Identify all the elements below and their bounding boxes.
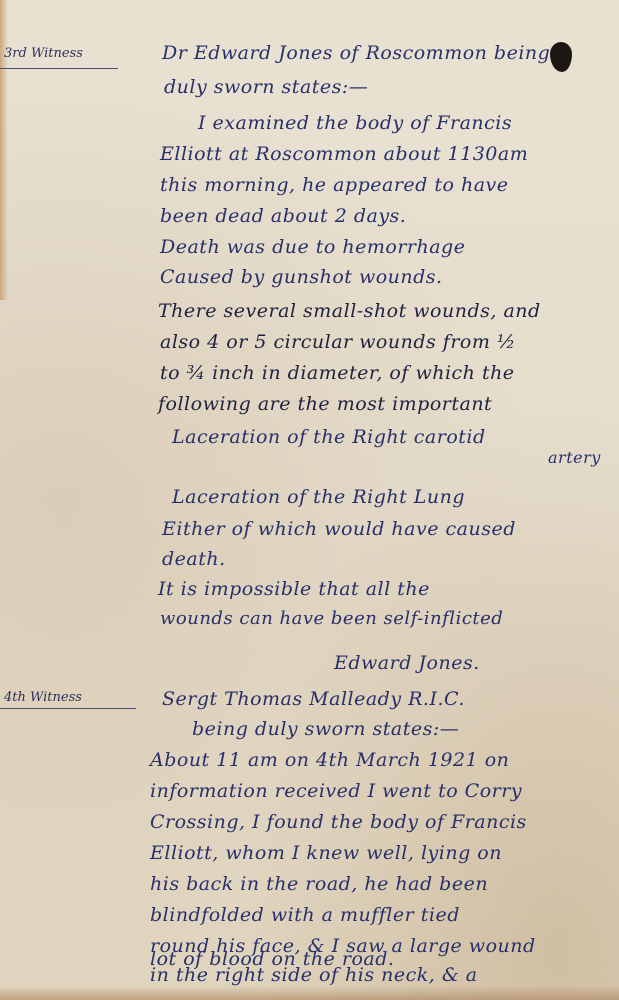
deposition-line: Caused by gunshot wounds. bbox=[160, 266, 443, 288]
deposition-line: Dr Edward Jones of Roscommon being bbox=[162, 42, 550, 64]
margin-label-3rd-witness: 3rd Witness bbox=[4, 46, 83, 61]
deposition-line-artery: artery bbox=[548, 448, 601, 467]
deposition-line-laceration-lung: Laceration of the Right Lung bbox=[172, 486, 465, 508]
deposition-line: this morning, he appeared to have bbox=[160, 174, 509, 196]
deposition-line: his back in the road, he had been bbox=[150, 873, 488, 895]
deposition-line-last: lot of blood on the road. bbox=[150, 948, 394, 970]
deposition-line: About 11 am on 4th March 1921 on bbox=[150, 749, 509, 771]
deposition-line-laceration-carotid: Laceration of the Right carotid bbox=[172, 426, 486, 448]
deposition-line: It is impossible that all the bbox=[158, 578, 430, 600]
deposition-line: information received I went to Corry bbox=[150, 780, 522, 802]
deposition-line: Either of which would have caused bbox=[162, 518, 516, 540]
margin-rule bbox=[0, 68, 118, 69]
deposition-line: wounds can have been self-inflicted bbox=[160, 608, 503, 629]
paper-edge-stain bbox=[0, 0, 8, 300]
deposition-line: being duly sworn states:— bbox=[192, 718, 459, 740]
paper-bottom-stain bbox=[0, 986, 619, 1000]
deposition-line: Elliott, whom I knew well, lying on bbox=[150, 842, 502, 864]
deposition-line: Crossing, I found the body of Francis bbox=[150, 811, 527, 833]
deposition-line: I examined the body of Francis bbox=[198, 112, 512, 134]
deposition-line: duly sworn states:— bbox=[164, 76, 368, 98]
deposition-line: death. bbox=[162, 548, 226, 570]
deposition-line: Death was due to hemorrhage bbox=[160, 236, 465, 258]
deposition-line: been dead about 2 days. bbox=[160, 205, 406, 227]
deposition-line: also 4 or 5 circular wounds from ½ bbox=[160, 331, 516, 353]
signature-edward-jones: Edward Jones. bbox=[334, 652, 480, 674]
deposition-line: There several small-shot wounds, and bbox=[158, 300, 541, 322]
deposition-line: blindfolded with a muffler tied bbox=[150, 904, 460, 926]
deposition-line: Sergt Thomas Malleady R.I.C. bbox=[162, 688, 465, 710]
margin-rule bbox=[0, 708, 136, 709]
deposition-line: to ¾ inch in diameter, of which the bbox=[160, 362, 515, 384]
document-page: 3rd Witness Dr Edward Jones of Roscommon… bbox=[0, 0, 619, 1000]
ink-blot bbox=[550, 42, 572, 72]
deposition-line: Elliott at Roscommon about 1130am bbox=[160, 143, 528, 165]
deposition-line: following are the most important bbox=[158, 393, 492, 415]
margin-label-4th-witness: 4th Witness bbox=[4, 690, 82, 705]
